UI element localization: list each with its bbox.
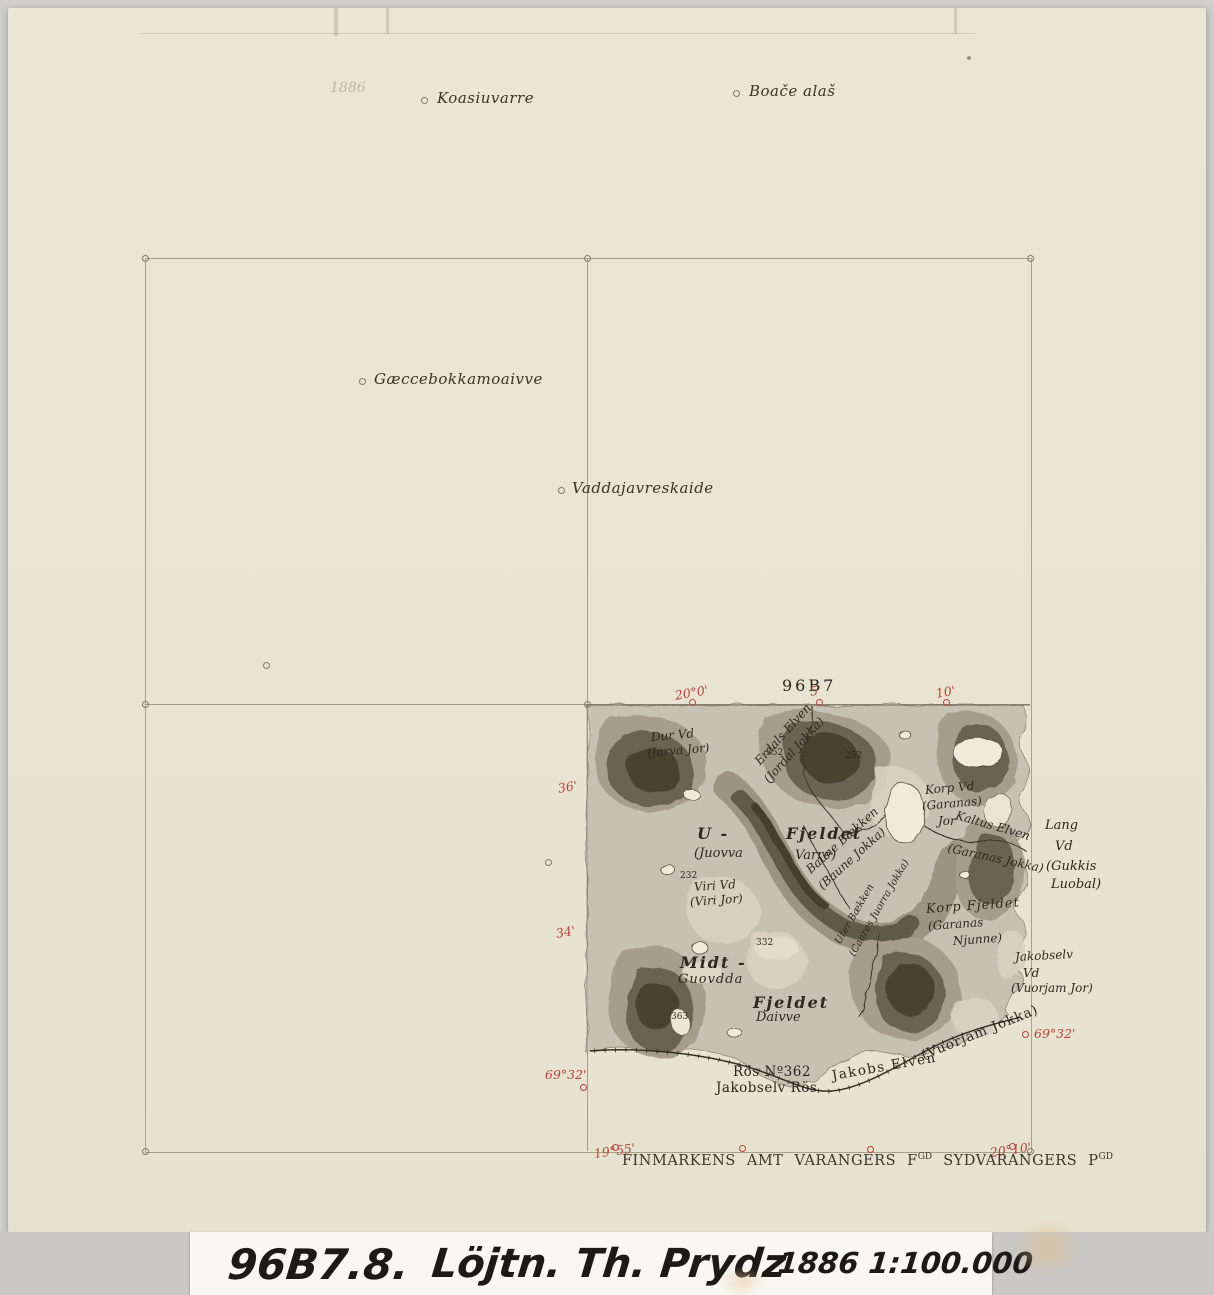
place-ring-vaddajavreskaide (558, 487, 565, 494)
elevation-352: 352 (766, 748, 783, 758)
grid-ring (142, 1148, 149, 1155)
caption-part-1: FINMARKENS AMT VARANGERS F (622, 1153, 918, 1169)
grid-ring (1027, 255, 1034, 262)
red-ring (1009, 1143, 1016, 1150)
red-ring (943, 699, 950, 706)
lake-dur-vd (684, 790, 700, 800)
elevation-292: 292 (845, 751, 862, 761)
lake (728, 1028, 742, 1038)
grid-ring (584, 255, 591, 262)
tarn (899, 731, 911, 739)
elevation-363: 363 (671, 1012, 688, 1022)
red-lon-5: 5' (809, 682, 823, 699)
lake-viri-vd (661, 865, 675, 875)
strip-year-scale: 1886 1:100.000 (776, 1246, 1034, 1280)
grid-ring (142, 255, 149, 262)
title-strip: 96B7.8. Löjtn. Th. Prydz 1886 1:100.000 (190, 1232, 992, 1295)
elevation-332: 332 (756, 938, 773, 948)
red-lat-left: 69°32' (545, 1067, 587, 1082)
tarn (960, 871, 970, 879)
grid-ring (584, 701, 591, 708)
faint-streak (334, 8, 338, 36)
lake (953, 738, 1003, 768)
label-gukkis: (Gukkis (1046, 859, 1096, 874)
label-jakobselv-ros: Jakobselv Rös (716, 1080, 817, 1096)
strip-surveyor-name: Löjtn. Th. Prydz (430, 1241, 789, 1287)
label-gaeccebokkamoaivve: Gæccebokkamoaivve (374, 370, 543, 388)
red-ring (1022, 1031, 1029, 1038)
pencil-note: 1886 (330, 80, 366, 96)
label-lang-vd: Vd (1055, 839, 1073, 854)
label-ros-362: Rös Nº362 (733, 1064, 811, 1080)
label-juovva: (Juovva (694, 846, 743, 861)
place-ring-koasiuvarre (421, 97, 428, 104)
label-vuorjam-jor: (Vuorjam Jor) (1011, 981, 1093, 995)
scanned-map-sheet: 1886 Koasiuvarre Boače alaš Gæccebokkamo… (0, 0, 1214, 1295)
strip-sheet-number: 96B7.8. (225, 1240, 411, 1289)
red-ring (816, 699, 823, 706)
caption-sup-2: GD (1099, 1152, 1113, 1162)
label-boace-alas: Boače alaš (749, 82, 835, 100)
faint-streak (386, 8, 389, 34)
label-luobal: Luobal) (1051, 877, 1101, 892)
red-lat-right: 69°32' (1034, 1026, 1076, 1041)
place-ring-gaeccebokkamoaivve (359, 378, 366, 385)
label-midt: Midt - (680, 953, 747, 972)
grid-ring (142, 701, 149, 708)
faint-crease-line (140, 33, 975, 34)
red-ring (612, 1144, 619, 1151)
red-ring (689, 699, 696, 706)
label-vaddajavreskaide: Vaddajavreskaide (572, 479, 714, 497)
caption-part-2: SYDVARANGERS P (943, 1153, 1098, 1169)
label-jakobselv-vd-2: Vd (1023, 966, 1039, 980)
caption-sup-1: GD (918, 1152, 932, 1162)
label-guovdda: Guovdda (678, 972, 743, 987)
lake (885, 784, 924, 843)
faint-streak (954, 8, 957, 34)
label-u-fjeldet-1: U - (697, 824, 729, 843)
stray-ring (545, 859, 552, 866)
label-fjeldet-daivve-2: Daivve (756, 1010, 801, 1025)
ink-speck (967, 56, 971, 60)
label-koasiuvarre: Koasiuvarre (437, 89, 534, 107)
stray-ring (263, 662, 270, 669)
red-ring (739, 1145, 746, 1152)
district-caption: FINMARKENS AMT VARANGERS FGD SYDVARANGER… (622, 1152, 1007, 1169)
label-lang: Lang (1045, 818, 1078, 833)
red-ring (580, 1084, 587, 1091)
place-ring-boace-alas (733, 90, 740, 97)
